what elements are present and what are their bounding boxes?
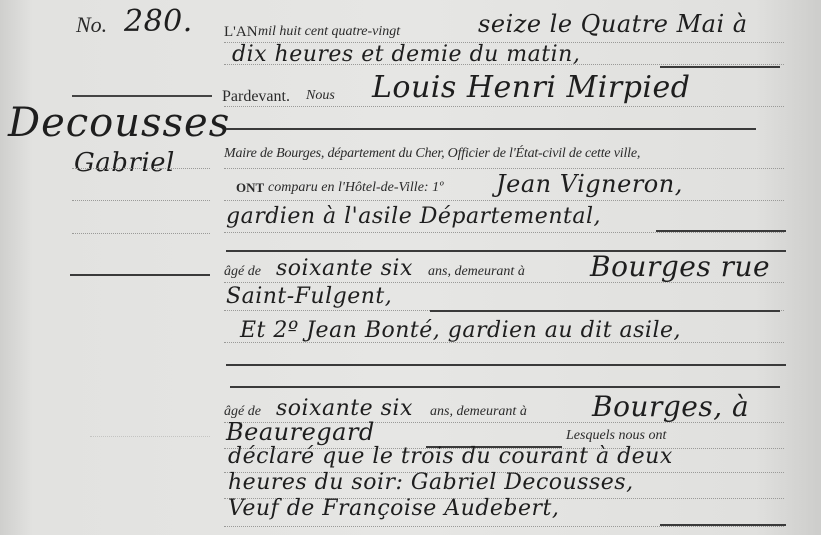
line-filler [226, 128, 756, 130]
printed-pardevant: Pardevant. [222, 88, 290, 106]
line-filler [660, 66, 780, 68]
handwritten-witness1-occupation: gardien à l'asile Départemental, [226, 204, 601, 229]
handwritten-widower: Veuf de Françoise Audebert, [228, 496, 559, 521]
ruled-line [224, 64, 784, 65]
register-page: No. 280. Decousses Gabriel L'AN mil huit… [0, 0, 821, 535]
margin-separator [70, 274, 210, 276]
ruled-line [224, 232, 784, 233]
printed-year-prefix: mil huit cent quatre-vingt [258, 24, 400, 40]
margin-brace-line [72, 95, 212, 97]
record-number-label: No. [76, 12, 107, 38]
ruled-line [224, 526, 784, 527]
handwritten-witness2-place: Beauregard [226, 418, 375, 446]
printed-mayor-title: Maire de Bourges, département du Cher, O… [224, 146, 640, 162]
ruled-line [224, 106, 784, 107]
line-filler [656, 230, 786, 232]
printed-lesquels: Lesquels nous ont [566, 428, 666, 444]
ruled-line [224, 200, 784, 201]
printed-residence-label: ans, demeurant à [428, 264, 525, 280]
handwritten-mayor-name: Louis Henri Mirpied [372, 70, 690, 105]
margin-surname: Decousses [8, 100, 230, 146]
line-filler [430, 310, 780, 312]
line-filler [226, 364, 786, 366]
handwritten-declaration: déclaré que le trois du courant à deux [228, 444, 673, 469]
printed-nous: Nous [306, 88, 335, 104]
handwritten-witness1-street: Saint-Fulgent, [226, 284, 392, 309]
printed-comparu: comparu en l'Hôtel-de-Ville: 1º [268, 180, 443, 196]
handwritten-witness2: Et 2º Jean Bonté, gardien au dit asile, [240, 318, 681, 343]
margin-rule [72, 168, 210, 169]
record-number: 280. [124, 4, 193, 39]
margin-faint-rule [90, 436, 210, 437]
margin-rule [72, 233, 210, 234]
ruled-line [224, 282, 784, 283]
printed-residence-label-2: ans, demeurant à [430, 404, 527, 420]
handwritten-date: seize le Quatre Mai à [478, 10, 748, 38]
printed-lan: L'AN [224, 24, 258, 41]
handwritten-witness2-residence: Bourges, à [592, 390, 749, 423]
handwritten-witness1-residence: Bourges rue [590, 250, 770, 283]
handwritten-witness1-age: soixante six [276, 256, 413, 281]
margin-given-name: Gabriel [74, 148, 175, 178]
margin-rule [72, 200, 210, 201]
handwritten-deceased: heures du soir: Gabriel Decousses, [228, 470, 634, 495]
handwritten-witness1-name: Jean Vigneron, [496, 170, 683, 198]
ruled-line [224, 342, 784, 343]
line-filler [230, 386, 780, 388]
ruled-line [224, 168, 784, 169]
printed-ont: ONT [236, 180, 264, 196]
printed-age-label: âgé de [224, 264, 261, 280]
